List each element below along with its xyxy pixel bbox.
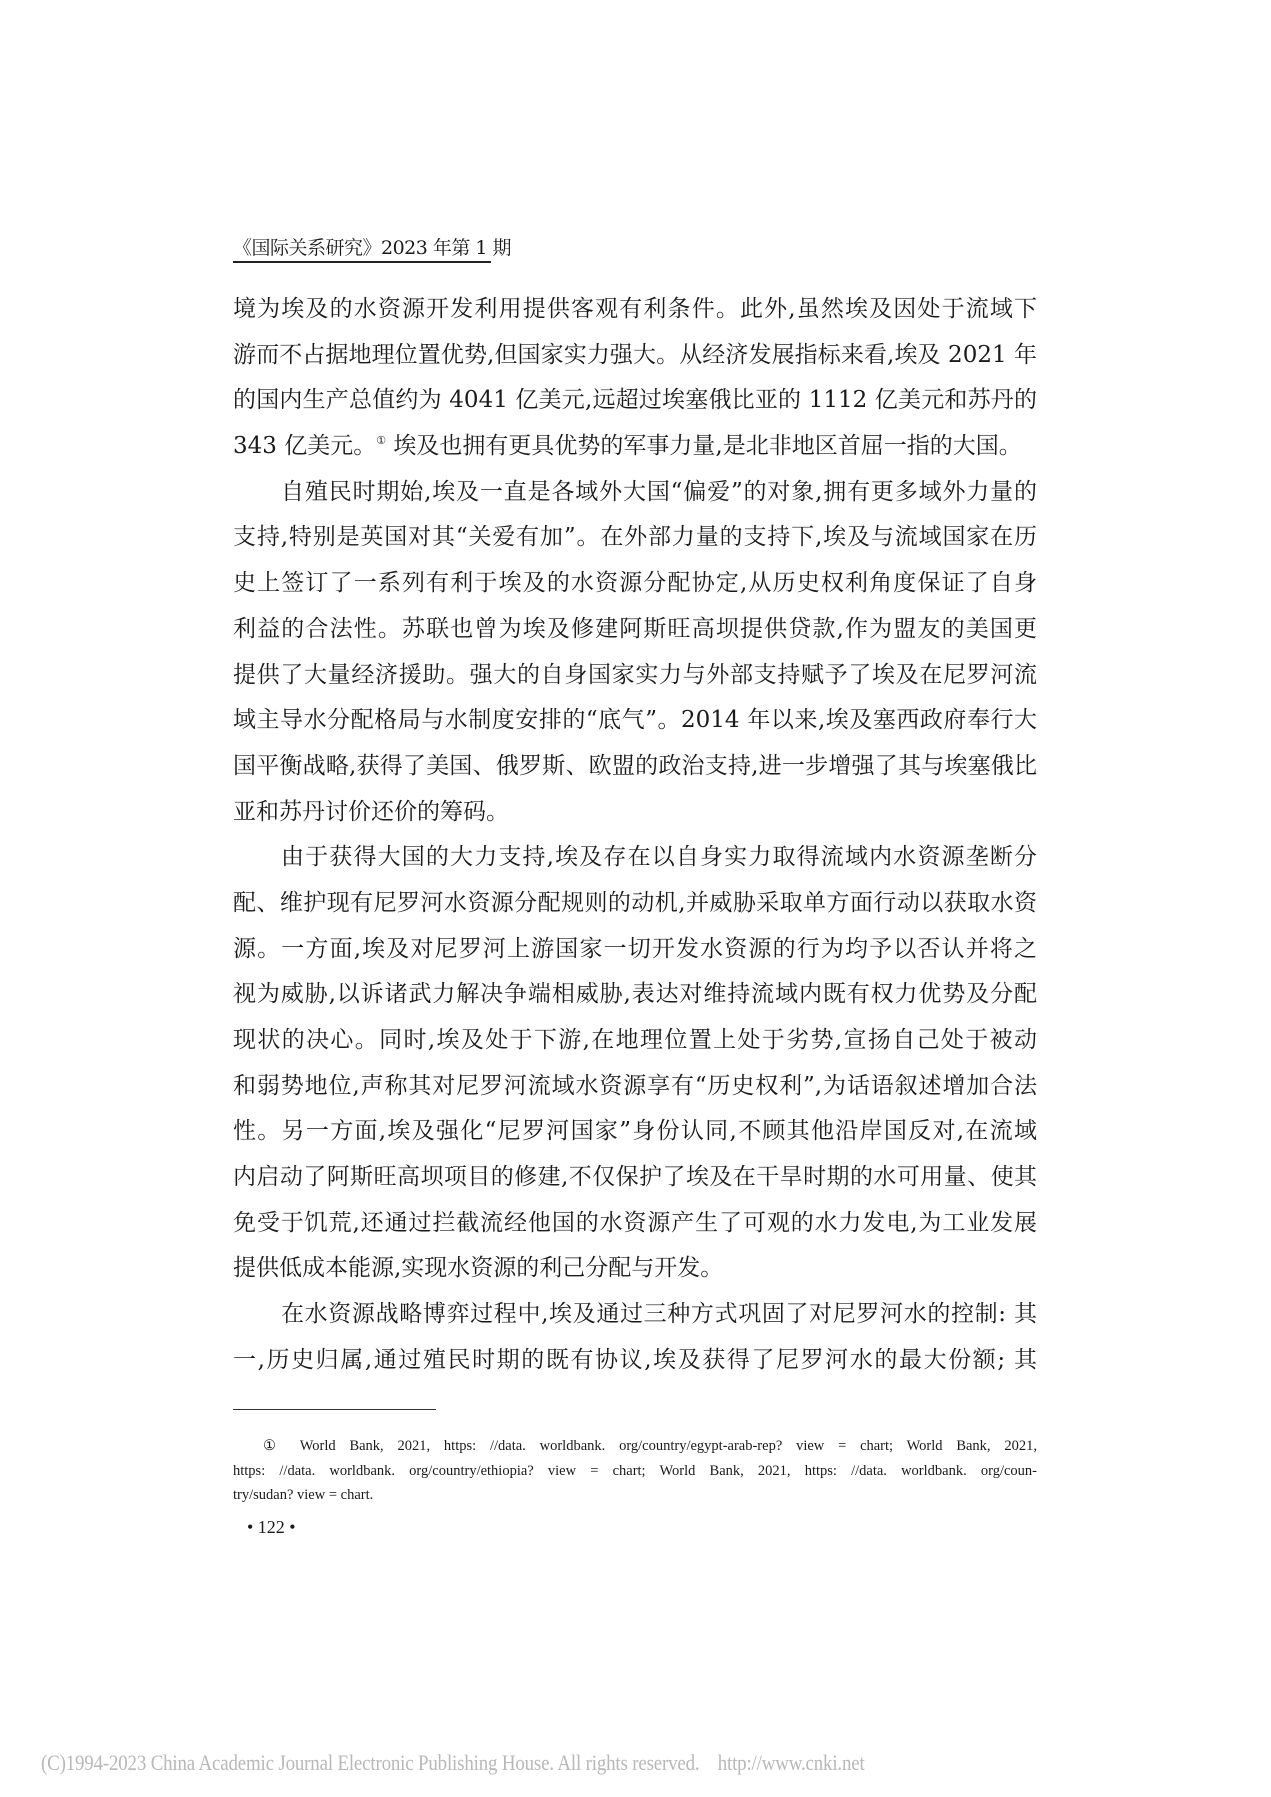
body-line: 现状的决心。同时,埃及处于下游,在地理位置上处于劣势,宣扬自己处于被动 — [233, 1018, 1037, 1064]
paragraph-first-line: 由于获得大国的大力支持,埃及存在以自身实力取得流域内水资源垄断分 — [233, 835, 1037, 881]
body-line: 性。另一方面,埃及强化“尼罗河国家”身份认同,不顾其他沿岸国反对,在流域 — [233, 1109, 1037, 1155]
copyright-notice: (C)1994-2023 China Academic Journal Elec… — [41, 1748, 920, 1778]
paragraph-first-line: 自殖民时期始,埃及一直是各域外大国“偏爱”的对象,拥有更多域外力量的 — [233, 470, 1037, 516]
body-line: 境为埃及的水资源开发利用提供客观有利条件。此外,虽然埃及因处于流域下 — [233, 287, 1037, 333]
footnote-line: https: //data. worldbank. org/country/et… — [233, 1459, 1037, 1484]
body-line: 的国内生产总值约为 4041 亿美元,远超过埃塞俄比亚的 1112 亿美元和苏丹… — [233, 378, 1037, 424]
running-head: 《国际关系研究》2023 年第 1 期 — [233, 236, 511, 260]
body-line: 源。一方面,埃及对尼罗河上游国家一切开发水资源的行为均予以否认并将之 — [233, 927, 1037, 973]
body-line: 支持,特别是英国对其“关爱有加”。在外部力量的支持下,埃及与流域国家在历 — [233, 515, 1037, 561]
body-line: 内启动了阿斯旺高坝项目的修建,不仅保护了埃及在干旱时期的水可用量、使其 — [233, 1155, 1037, 1201]
body-line: 343 亿美元。① 埃及也拥有更具优势的军事力量,是北非地区首屈一指的大国。 — [233, 424, 1037, 470]
body-line: 免受于饥荒,还通过拦截流经他国的水资源产生了可观的水力发电,为工业发展 — [233, 1201, 1037, 1247]
footnote-line: ① World Bank, 2021, https: //data. world… — [233, 1434, 1037, 1459]
body-line: 视为威胁,以诉诸武力解决争端相威胁,表达对维持流域内既有权力优势及分配 — [233, 972, 1037, 1018]
body-line: 史上签订了一系列有利于埃及的水资源分配协定,从历史权利角度保证了自身 — [233, 561, 1037, 607]
body-line: 亚和苏丹讨价还价的筹码。 — [233, 790, 1037, 836]
paragraph-first-line: 在水资源战略博弈过程中,埃及通过三种方式巩固了对尼罗河水的控制: 其 — [233, 1292, 1037, 1338]
header-rule — [233, 261, 491, 263]
page-number: • 122 • — [247, 1513, 296, 1541]
body-line: 提供低成本能源,实现水资源的利己分配与开发。 — [233, 1246, 1037, 1292]
body-line: 游而不占据地理位置优势,但国家实力强大。从经济发展指标来看,埃及 2021 年 — [233, 333, 1037, 379]
body-text: 境为埃及的水资源开发利用提供客观有利条件。此外,虽然埃及因处于流域下 游而不占据… — [233, 287, 1037, 1384]
body-line: 域主导水分配格局与水制度安排的“底气”。2014 年以来,埃及塞西政府奉行大 — [233, 698, 1037, 744]
body-line-text: 埃及也拥有更具优势的军事力量,是北非地区首屈一指的大国。 — [386, 433, 1022, 459]
body-line: 一,历史归属,通过殖民时期的既有协议,埃及获得了尼罗河水的最大份额; 其 — [233, 1338, 1037, 1384]
body-line: 配、维护现有尼罗河水资源分配规则的动机,并威胁采取单方面行动以获取水资 — [233, 881, 1037, 927]
body-line-text: 343 亿美元。 — [233, 433, 376, 459]
body-line: 利益的合法性。苏联也曾为埃及修建阿斯旺高坝提供贷款,作为盟友的美国更 — [233, 607, 1037, 653]
body-line: 国平衡战略,获得了美国、俄罗斯、欧盟的政治支持,进一步增强了其与埃塞俄比 — [233, 744, 1037, 790]
footnote-reference[interactable]: ① — [376, 434, 386, 447]
body-line: 提供了大量经济援助。强大的自身国家实力与外部支持赋予了埃及在尼罗河流 — [233, 653, 1037, 699]
footnote-rule — [233, 1409, 436, 1410]
footnote-line: try/sudan? view = chart. — [233, 1483, 1037, 1508]
footnotes: ① World Bank, 2021, https: //data. world… — [233, 1434, 1037, 1508]
body-line: 和弱势地位,声称其对尼罗河流域水资源享有“历史权利”,为话语叙述增加合法 — [233, 1064, 1037, 1110]
